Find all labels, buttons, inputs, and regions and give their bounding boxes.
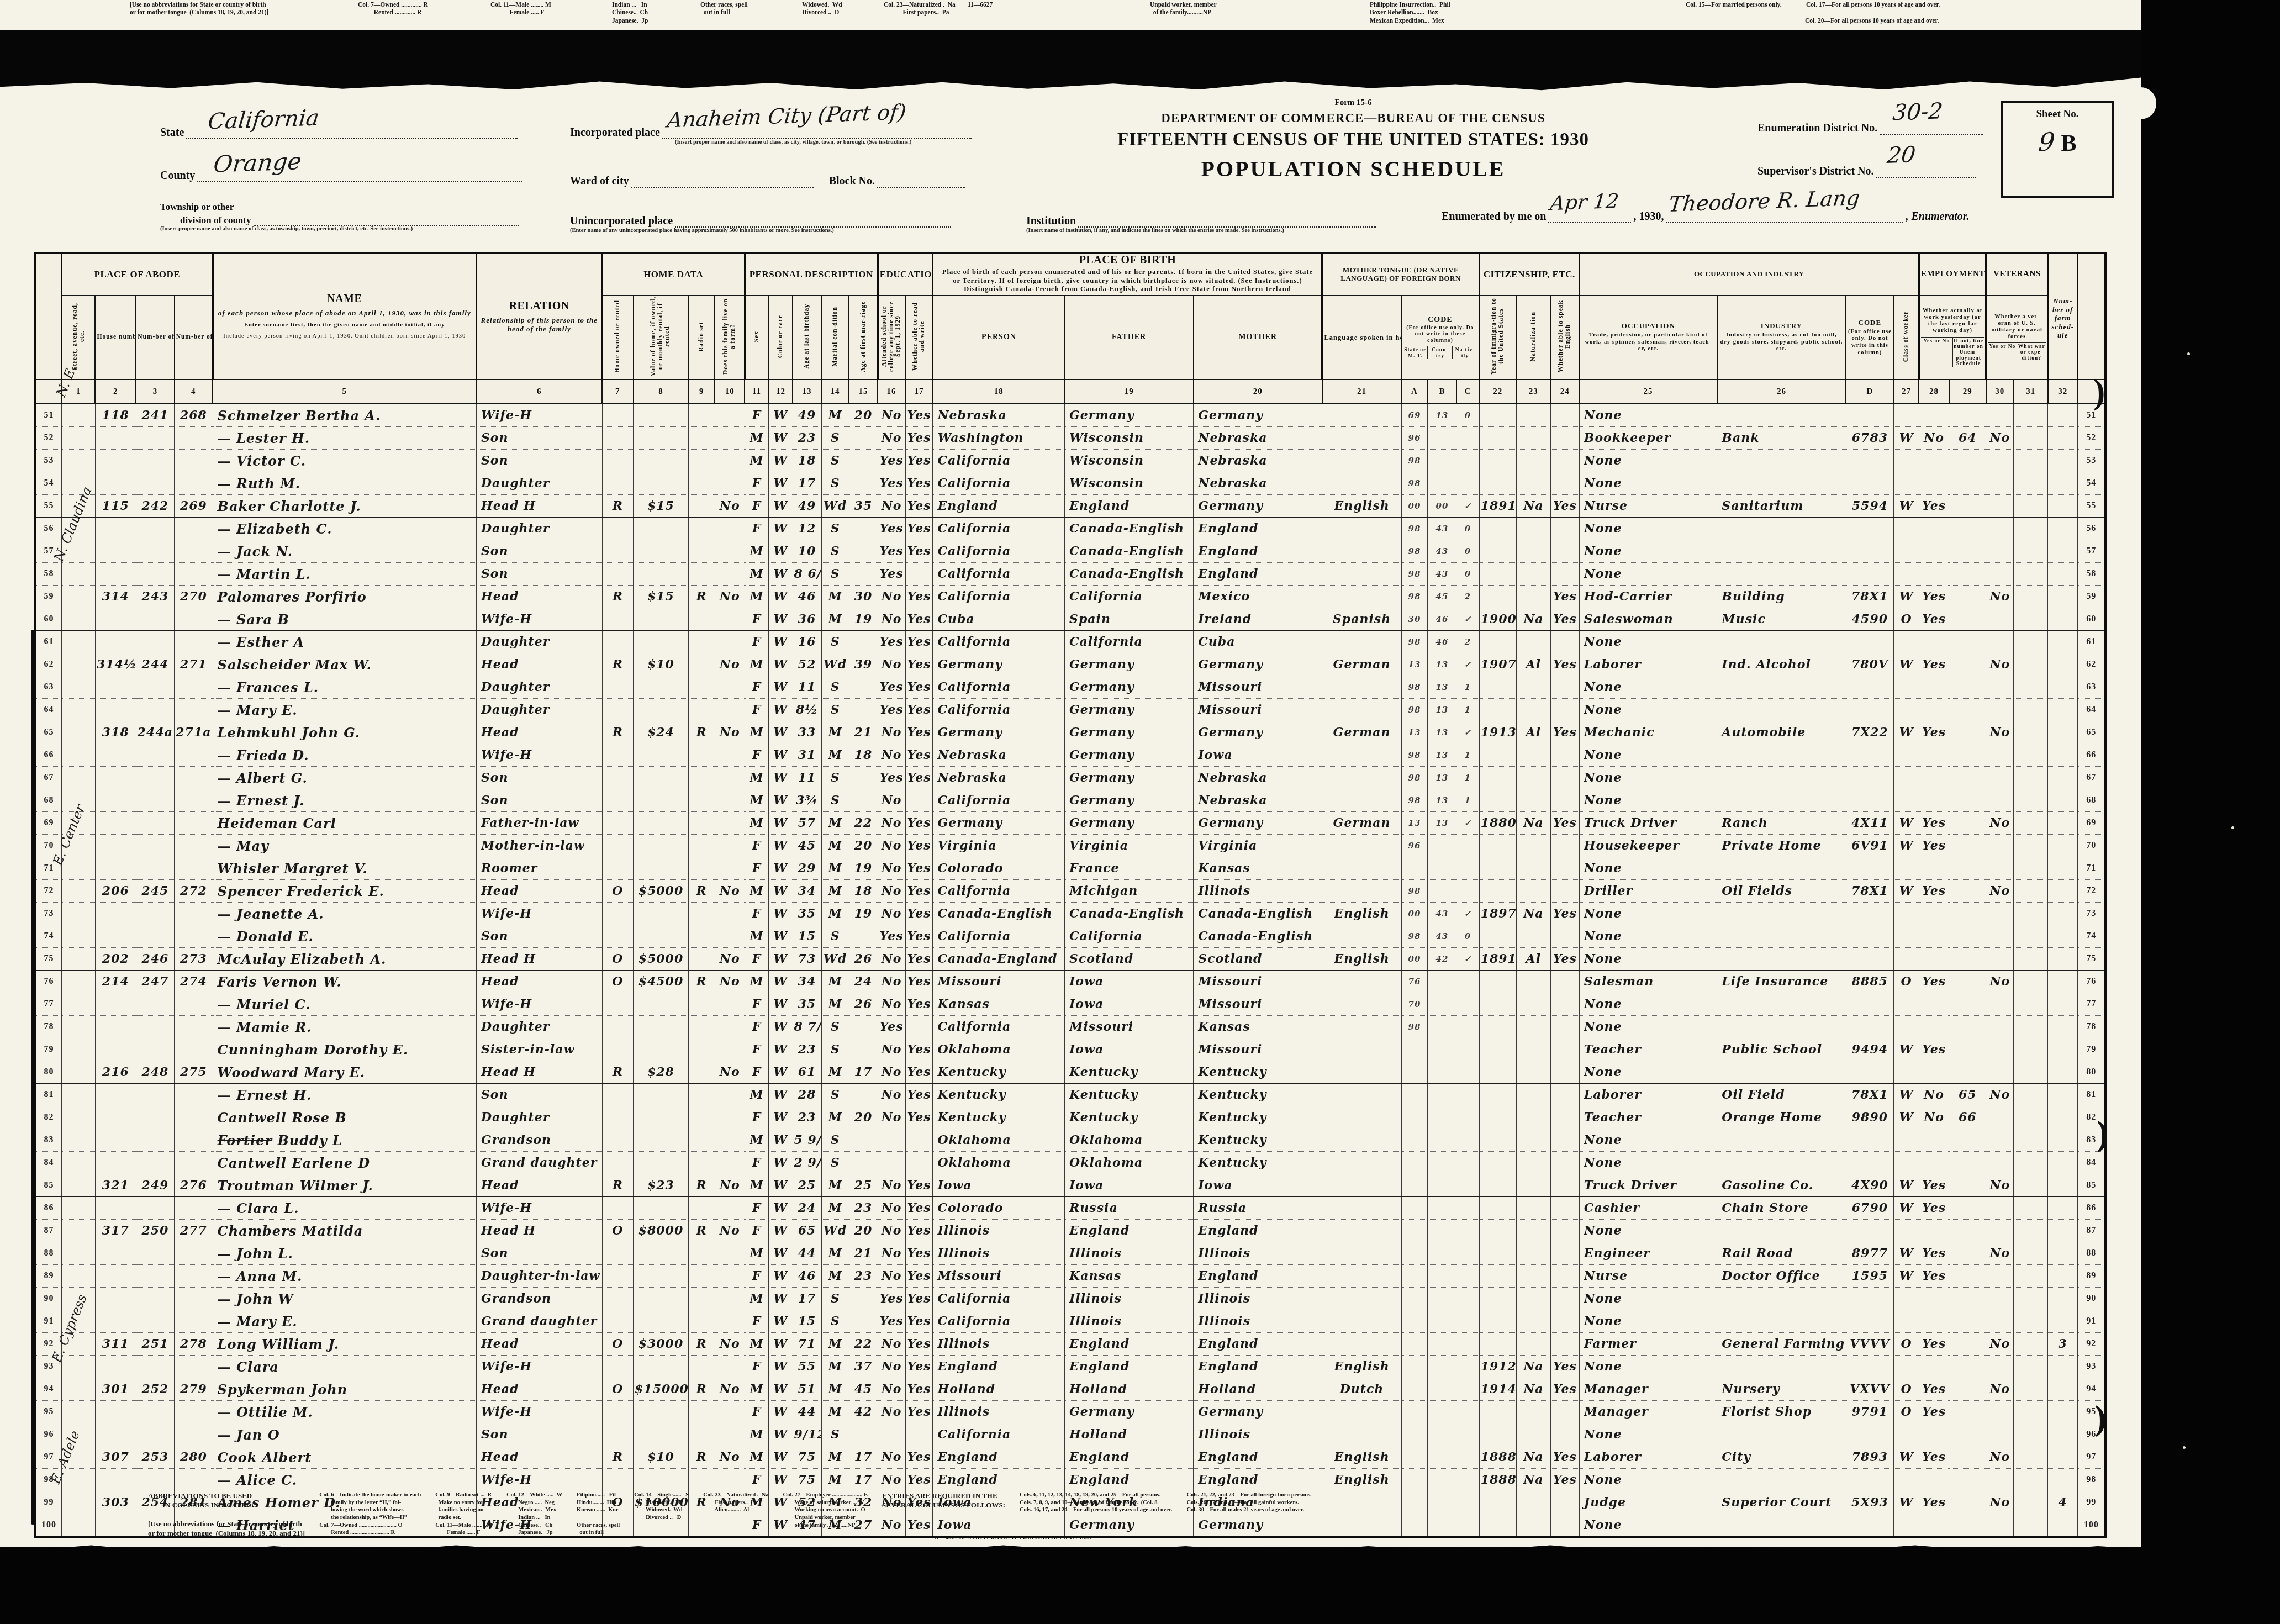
- cell-cw: [1894, 903, 1919, 925]
- cell-cw: [1894, 450, 1919, 472]
- cell-radio: [688, 1084, 715, 1106]
- cell-cw: [1894, 1152, 1919, 1174]
- cell-cc: 2: [1456, 586, 1479, 608]
- cell-street: [62, 653, 96, 676]
- cell-farm: [715, 835, 745, 857]
- cell-cc: [1456, 1333, 1479, 1356]
- cell-home: R: [602, 721, 633, 744]
- cell-house: [95, 699, 136, 721]
- cell-street: [62, 993, 96, 1016]
- cell-dwell: [136, 789, 174, 812]
- cell-house: [95, 993, 136, 1016]
- cell-lineL: 58: [35, 563, 62, 586]
- cell-value: [634, 1129, 689, 1152]
- cell-lineR: 87: [2078, 1220, 2105, 1242]
- cell-en: [1550, 427, 1579, 450]
- cell-vt: [1986, 404, 2014, 427]
- legend-block: Col. 12—White ..... W Negro ..... Neg Me…: [506, 1491, 562, 1537]
- cell-cb: [1428, 1084, 1456, 1106]
- cell-name: Woodward Mary E.: [213, 1061, 476, 1084]
- cell-cb: 43: [1428, 925, 1456, 948]
- table-row: 54— Ruth M.DaughterFW17SYesYesCalifornia…: [35, 472, 2105, 495]
- cell-fs: [2048, 1401, 2078, 1423]
- cell-name: — Martin L.: [213, 563, 476, 586]
- cell-mar: M: [821, 1242, 849, 1265]
- cell-cb: [1428, 857, 1456, 880]
- cell-cw: O: [1894, 971, 1919, 993]
- cell-sch: No: [878, 1265, 905, 1288]
- cell-un: [1949, 1423, 1986, 1446]
- cell-sex: M: [745, 563, 768, 586]
- cell-house: [95, 925, 136, 948]
- table-row: 59314243270Palomares PorfirioHeadR$15RNo…: [35, 586, 2105, 608]
- cell-rel: Head H: [476, 1220, 602, 1242]
- cell-p2: Illinois: [1065, 1310, 1194, 1333]
- cell-cc: [1456, 1423, 1479, 1446]
- cell-oc: Cashier: [1579, 1197, 1717, 1220]
- enum-district-value: 30-2: [1892, 98, 1944, 125]
- cell-wk: Yes: [1919, 812, 1949, 835]
- table-row: 78— Mamie R.DaughterFW8 7/12SYesCaliforn…: [35, 1016, 2105, 1038]
- table-row: 84Cantwell Earlene DGrand daughterFW2 9/…: [35, 1152, 2105, 1174]
- cell-cc: 0: [1456, 540, 1479, 563]
- cell-mar: M: [821, 903, 849, 925]
- cell-oc: None: [1579, 1423, 1717, 1446]
- cell-p1: England: [933, 1356, 1065, 1378]
- cell-value: [634, 744, 689, 767]
- cell-am: 39: [849, 653, 878, 676]
- cell-home: O: [602, 971, 633, 993]
- cell-value: [634, 472, 689, 495]
- cell-house: [95, 1288, 136, 1310]
- cell-dwell: [136, 472, 174, 495]
- cell-sex: M: [745, 1378, 768, 1401]
- cell-na: Na: [1516, 1446, 1550, 1469]
- cell-rw: Yes: [905, 1265, 933, 1288]
- cell-street: [62, 450, 96, 472]
- cell-cb: 43: [1428, 903, 1456, 925]
- cell-sex: F: [745, 744, 768, 767]
- cell-dwell: [136, 1106, 174, 1129]
- cell-oc: None: [1579, 903, 1717, 925]
- cell-name: — Frieda D.: [213, 744, 476, 767]
- cell-cb: 13: [1428, 789, 1456, 812]
- cell-fam: [175, 1129, 213, 1152]
- cell-t: English: [1322, 903, 1401, 925]
- cell-sch: No: [878, 1378, 905, 1401]
- sheet-label: Sheet No.: [2003, 108, 2112, 120]
- cell-name: — Ruth M.: [213, 472, 476, 495]
- cell-sch: No: [878, 971, 905, 993]
- cell-im: [1479, 880, 1516, 903]
- block-label: Block No.: [829, 175, 875, 187]
- cell-cw: W: [1894, 1197, 1919, 1220]
- cell-in: Automobile: [1717, 721, 1846, 744]
- cell-vt: [1986, 1016, 2014, 1038]
- cell-vt: No: [1986, 812, 2014, 835]
- cell-cc: [1456, 993, 1479, 1016]
- cell-cb: [1428, 1129, 1456, 1152]
- cell-sex: M: [745, 427, 768, 450]
- cell-fam: [175, 1356, 213, 1378]
- cell-sch: Yes: [878, 767, 905, 789]
- cell-p3: Illinois: [1194, 1423, 1322, 1446]
- cell-rw: [905, 563, 933, 586]
- cell-name: — John W: [213, 1288, 476, 1310]
- cell-p3: England: [1194, 1356, 1322, 1378]
- cell-wk: Yes: [1919, 1174, 1949, 1197]
- cell-un: [1949, 540, 1986, 563]
- cell-t: [1322, 993, 1401, 1016]
- cell-t: [1322, 1288, 1401, 1310]
- cell-t: [1322, 1265, 1401, 1288]
- cell-sch: No: [878, 1242, 905, 1265]
- cell-lineR: 91: [2078, 1310, 2105, 1333]
- cell-rw: Yes: [905, 948, 933, 971]
- cell-name: Fortier Buddy L: [213, 1129, 476, 1152]
- cell-cc: 0: [1456, 404, 1479, 427]
- cell-in: [1717, 857, 1846, 880]
- cell-p2: France: [1065, 857, 1194, 880]
- cell-wr: [2014, 427, 2048, 450]
- cell-t: [1322, 586, 1401, 608]
- cell-rel: Daughter: [476, 472, 602, 495]
- cell-house: [95, 563, 136, 586]
- cell-ca: [1401, 1106, 1428, 1129]
- cell-sch: No: [878, 1197, 905, 1220]
- cell-na: [1516, 472, 1550, 495]
- table-row: 65318244a271aLehmkuhl John G.HeadR$24RNo…: [35, 721, 2105, 744]
- cell-cw: [1894, 676, 1919, 699]
- cell-mar: M: [821, 1378, 849, 1401]
- cell-age: 71: [793, 1333, 821, 1356]
- cell-radio: [688, 1242, 715, 1265]
- cell-age: 24: [793, 1197, 821, 1220]
- cell-color: W: [769, 789, 793, 812]
- cell-un: [1949, 880, 1986, 903]
- cell-un: [1949, 1265, 1986, 1288]
- cell-rw: [905, 1423, 933, 1446]
- cell-am: [849, 1288, 878, 1310]
- cell-radio: R: [688, 1174, 715, 1197]
- cell-rel: Son: [476, 925, 602, 948]
- cell-wk: [1919, 767, 1949, 789]
- cell-color: W: [769, 518, 793, 540]
- cell-radio: [688, 1401, 715, 1423]
- cell-radio: [688, 1197, 715, 1220]
- cell-na: Al: [1516, 653, 1550, 676]
- cell-en: Yes: [1550, 608, 1579, 631]
- cell-cc: [1456, 971, 1479, 993]
- cell-house: [95, 1469, 136, 1491]
- cell-am: [849, 563, 878, 586]
- cell-street: [62, 1197, 96, 1220]
- cell-un: [1949, 608, 1986, 631]
- cell-un: [1949, 1174, 1986, 1197]
- cell-na: Na: [1516, 608, 1550, 631]
- cell-oc: None: [1579, 1356, 1717, 1378]
- cell-oc: Bookkeeper: [1579, 427, 1717, 450]
- cell-name: — Esther A: [213, 631, 476, 653]
- cell-age: 73: [793, 948, 821, 971]
- cell-oc: None: [1579, 404, 1717, 427]
- cell-vt: [1986, 1129, 2014, 1152]
- cell-name: — Ernest J.: [213, 789, 476, 812]
- cell-street: [62, 1016, 96, 1038]
- cell-house: 311: [95, 1333, 136, 1356]
- cell-na: [1516, 835, 1550, 857]
- cell-farm: [715, 1356, 745, 1378]
- table-row: 86— Clara L.Wife-HFW24M23NoYesColoradoRu…: [35, 1197, 2105, 1220]
- cell-cd: 4X90: [1846, 1174, 1894, 1197]
- cell-p3: England: [1194, 1446, 1322, 1469]
- cell-im: 1900: [1479, 608, 1516, 631]
- cell-cd: [1846, 789, 1894, 812]
- cell-oc: None: [1579, 1288, 1717, 1310]
- cell-value: [634, 563, 689, 586]
- table-row: 56— Elizabeth C.DaughterFW12SYesYesCalif…: [35, 518, 2105, 540]
- cell-fs: [2048, 948, 2078, 971]
- census-title: FIFTEENTH CENSUS OF THE UNITED STATES: 1…: [1049, 130, 1657, 150]
- cell-sex: M: [745, 925, 768, 948]
- cell-value: $10: [634, 1446, 689, 1469]
- cell-color: W: [769, 721, 793, 744]
- cell-t: [1322, 835, 1401, 857]
- cell-mar: M: [821, 721, 849, 744]
- cell-fam: [175, 993, 213, 1016]
- cell-sch: Yes: [878, 472, 905, 495]
- cell-color: W: [769, 1106, 793, 1129]
- cell-age: 57: [793, 812, 821, 835]
- cell-sch: No: [878, 1061, 905, 1084]
- cell-home: R: [602, 586, 633, 608]
- cell-cc: [1456, 857, 1479, 880]
- cell-un: [1949, 495, 1986, 518]
- cell-un: [1949, 676, 1986, 699]
- cell-im: [1479, 586, 1516, 608]
- cell-sex: F: [745, 1401, 768, 1423]
- cell-fs: [2048, 1061, 2078, 1084]
- cell-home: [602, 903, 633, 925]
- cell-fs: [2048, 812, 2078, 835]
- cell-im: [1479, 1401, 1516, 1423]
- cell-na: [1516, 450, 1550, 472]
- cell-wr: [2014, 608, 2048, 631]
- cell-na: [1516, 1288, 1550, 1310]
- cell-p2: Germany: [1065, 404, 1194, 427]
- cell-farm: [715, 925, 745, 948]
- cell-rw: Yes: [905, 495, 933, 518]
- cell-p1: California: [933, 586, 1065, 608]
- cell-rel: Son: [476, 1423, 602, 1446]
- cell-street: [62, 1378, 96, 1401]
- cell-am: [849, 518, 878, 540]
- cell-wk: Yes: [1919, 721, 1949, 744]
- cell-p3: England: [1194, 1220, 1322, 1242]
- cell-im: 1891: [1479, 495, 1516, 518]
- cell-wr: [2014, 903, 2048, 925]
- cell-rw: Yes: [905, 518, 933, 540]
- cell-color: W: [769, 948, 793, 971]
- cell-ca: [1401, 1084, 1428, 1106]
- cell-street: [62, 676, 96, 699]
- cell-sex: F: [745, 1061, 768, 1084]
- cell-in: City: [1717, 1446, 1846, 1469]
- cell-home: R: [602, 1446, 633, 1469]
- cell-wr: [2014, 518, 2048, 540]
- cell-sch: No: [878, 586, 905, 608]
- cell-oc: None: [1579, 744, 1717, 767]
- cell-farm: [715, 699, 745, 721]
- cell-radio: [688, 540, 715, 563]
- cell-oc: None: [1579, 1061, 1717, 1084]
- cell-farm: No: [715, 1446, 745, 1469]
- cell-rw: Yes: [905, 1356, 933, 1378]
- cell-home: [602, 1469, 633, 1491]
- cell-age: 8 6/12: [793, 563, 821, 586]
- cell-value: [634, 835, 689, 857]
- cell-rel: Son: [476, 1084, 602, 1106]
- cell-vt: [1986, 903, 2014, 925]
- cell-cb: [1428, 1152, 1456, 1174]
- cell-lineL: 75: [35, 948, 62, 971]
- cell-cw: [1894, 518, 1919, 540]
- cell-ca: 98: [1401, 563, 1428, 586]
- cell-color: W: [769, 450, 793, 472]
- cell-sch: No: [878, 1038, 905, 1061]
- cell-wk: Yes: [1919, 1333, 1949, 1356]
- cell-im: [1479, 1129, 1516, 1152]
- cell-home: R: [602, 653, 633, 676]
- cell-mar: S: [821, 1129, 849, 1152]
- cell-fam: [175, 1288, 213, 1310]
- cell-lineR: 93: [2078, 1356, 2105, 1378]
- cell-na: [1516, 789, 1550, 812]
- cell-fam: [175, 472, 213, 495]
- cell-color: W: [769, 1084, 793, 1106]
- cell-value: [634, 608, 689, 631]
- cell-p1: Iowa: [933, 1174, 1065, 1197]
- cell-dwell: [136, 540, 174, 563]
- cell-na: [1516, 427, 1550, 450]
- cell-cb: 46: [1428, 631, 1456, 653]
- cell-en: [1550, 450, 1579, 472]
- cell-un: 64: [1949, 427, 1986, 450]
- cell-home: [602, 427, 633, 450]
- cell-cb: [1428, 1265, 1456, 1288]
- department-line: DEPARTMENT OF COMMERCE—BUREAU OF THE CEN…: [1049, 111, 1657, 125]
- cell-radio: [688, 1265, 715, 1288]
- census-table: PLACE OF ABODENAMEof each person whose p…: [34, 252, 2107, 1538]
- cell-wk: [1919, 1469, 1949, 1491]
- cell-value: [634, 812, 689, 835]
- cell-cd: [1846, 1288, 1894, 1310]
- cell-wr: [2014, 993, 2048, 1016]
- cell-farm: [715, 1038, 745, 1061]
- cell-p2: Spain: [1065, 608, 1194, 631]
- cell-home: O: [602, 880, 633, 903]
- cell-house: [95, 608, 136, 631]
- cell-am: [849, 925, 878, 948]
- cell-value: [634, 699, 689, 721]
- cell-sex: M: [745, 767, 768, 789]
- cell-fs: [2048, 495, 2078, 518]
- sup-district-label: Supervisor's District No.: [1757, 165, 1874, 177]
- cell-fs: [2048, 404, 2078, 427]
- cell-value: [634, 1265, 689, 1288]
- cell-cb: 13: [1428, 653, 1456, 676]
- cell-name: — Mary E.: [213, 699, 476, 721]
- cell-oc: Saleswoman: [1579, 608, 1717, 631]
- cell-value: [634, 1401, 689, 1423]
- cell-wk: [1919, 1016, 1949, 1038]
- cell-mar: Wd: [821, 653, 849, 676]
- cell-un: [1949, 925, 1986, 948]
- cell-sex: M: [745, 1084, 768, 1106]
- cell-p3: England: [1194, 1333, 1322, 1356]
- cell-cb: [1428, 450, 1456, 472]
- cell-mar: M: [821, 1106, 849, 1129]
- cell-color: W: [769, 608, 793, 631]
- cell-sch: Yes: [878, 563, 905, 586]
- cell-p1: Nebraska: [933, 744, 1065, 767]
- cell-in: Oil Field: [1717, 1084, 1846, 1106]
- cell-color: W: [769, 563, 793, 586]
- cell-sex: F: [745, 608, 768, 631]
- cell-age: 49: [793, 495, 821, 518]
- cell-street: [62, 699, 96, 721]
- cell-cc: 0: [1456, 518, 1479, 540]
- cell-p2: Missouri: [1065, 1016, 1194, 1038]
- cell-na: [1516, 1084, 1550, 1106]
- cell-am: [849, 1038, 878, 1061]
- cell-in: Gasoline Co.: [1717, 1174, 1846, 1197]
- cell-oc: Farmer: [1579, 1333, 1717, 1356]
- cell-p1: Illinois: [933, 1401, 1065, 1423]
- cell-na: [1516, 1401, 1550, 1423]
- cell-home: [602, 1038, 633, 1061]
- cell-fs: [2048, 653, 2078, 676]
- institution-note: (Insert name of institution, if any, and…: [1026, 228, 1376, 234]
- cell-oc: Laborer: [1579, 653, 1717, 676]
- cell-home: [602, 1401, 633, 1423]
- cell-cw: [1894, 1423, 1919, 1446]
- cell-house: [95, 1514, 136, 1538]
- cell-p2: Wisconsin: [1065, 450, 1194, 472]
- cell-t: English: [1322, 495, 1401, 518]
- cell-rw: Yes: [905, 653, 933, 676]
- cell-ca: [1401, 1174, 1428, 1197]
- cell-wr: [2014, 1310, 2048, 1333]
- cell-oc: None: [1579, 993, 1717, 1016]
- cell-sex: F: [745, 835, 768, 857]
- cell-vt: [1986, 1265, 2014, 1288]
- cell-fam: [175, 1038, 213, 1061]
- cell-dwell: 242: [136, 495, 174, 518]
- cell-vt: No: [1986, 653, 2014, 676]
- cell-farm: [715, 676, 745, 699]
- cell-cb: [1428, 1469, 1456, 1491]
- cell-en: Yes: [1550, 1378, 1579, 1401]
- cell-fam: [175, 812, 213, 835]
- cell-cc: [1456, 1356, 1479, 1378]
- cell-fam: [175, 608, 213, 631]
- cell-vt: No: [1986, 1446, 2014, 1469]
- cell-am: 20: [849, 835, 878, 857]
- cell-lineL: 86: [35, 1197, 62, 1220]
- cell-un: [1949, 767, 1986, 789]
- cell-farm: [715, 1469, 745, 1491]
